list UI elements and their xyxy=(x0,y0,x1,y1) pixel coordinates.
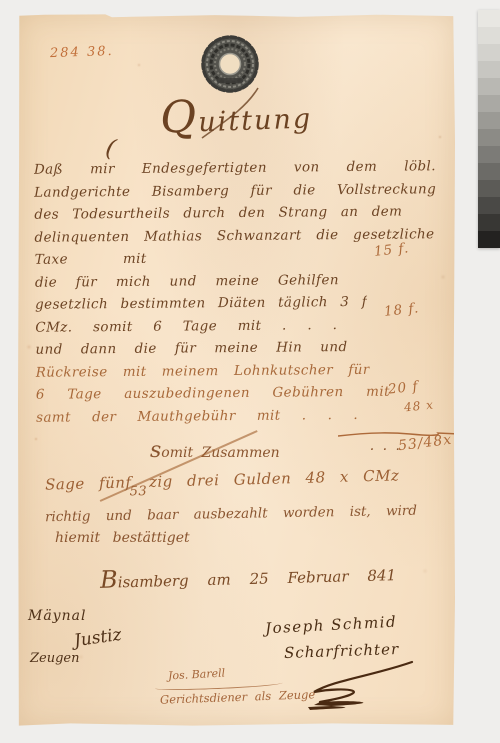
body-line: 6 Tage auszubedingenen Gebühren mit xyxy=(36,381,390,407)
body-line: CMz. somit 6 Tage mit . . . xyxy=(35,314,337,339)
sum-line: somit Zusammen . . . xyxy=(150,438,400,463)
gray-step xyxy=(478,129,500,146)
clerk-role-signature: Gerichtsdiener als Zeuge xyxy=(160,687,316,706)
document-title: Quittung xyxy=(135,87,337,145)
closing-line: richtig und baar ausbezahlt worden ist, … xyxy=(45,503,417,525)
body-line: des Todesurtheils durch den Strang an de… xyxy=(34,201,402,227)
witness-signature-flourish: Justiz xyxy=(73,625,123,651)
foxing-spots xyxy=(18,14,20,16)
body-line: gesetzlich bestimmten Diäten täglich 3 f xyxy=(35,291,367,316)
witness-role-label: Zeugen xyxy=(30,651,80,666)
body-line: die für mich und meine Gehilfen xyxy=(35,269,339,294)
closing-line: hiemit bestättiget xyxy=(55,530,190,546)
gray-step xyxy=(478,27,500,44)
sage-rest: zig drei Gulden 48 x CMz xyxy=(149,466,400,491)
gray-step xyxy=(478,95,500,112)
signer-name-signature: Joseph Schmid xyxy=(265,613,398,638)
gray-step xyxy=(478,214,500,231)
gray-step xyxy=(478,163,500,180)
amount-reise-gulden: 20 f xyxy=(387,378,419,397)
body-line: Daß mir Endesgefertigten von dem löbl. xyxy=(34,155,436,181)
body-line: Taxe mit xyxy=(35,248,147,271)
body-text-block: Daß mir Endesgefertigten von dem löbl. L… xyxy=(34,155,440,429)
witness-signature: Mäynal xyxy=(28,608,86,624)
gray-step xyxy=(478,231,500,248)
sage-prefix: Sage fünf xyxy=(45,473,132,493)
inline-correction: 53 xyxy=(129,484,147,499)
place-date-line: Bisamberg am 25 Februar 841 xyxy=(100,558,397,594)
gray-step xyxy=(478,146,500,163)
manuscript-paper: 284 38. Quittung ( Daß mir Endesgefertig… xyxy=(18,14,455,727)
gray-step xyxy=(478,180,500,197)
gray-step xyxy=(478,197,500,214)
clerk-signature: Jos. Barell xyxy=(168,667,226,683)
grayscale-calibration-strip xyxy=(478,10,500,248)
amount-in-words-line: Sage fünf53zig drei Gulden 48 x CMz xyxy=(45,466,400,493)
dot-leaders: . . . xyxy=(370,438,400,463)
body-line: Rückreise mit meinem Lohnkutscher für xyxy=(36,358,370,383)
gray-step xyxy=(478,78,500,95)
scanned-document-page: 284 38. Quittung ( Daß mir Endesgefertig… xyxy=(0,0,500,743)
body-line: samt der Mauthgebühr mit . . . xyxy=(36,403,358,428)
gray-step xyxy=(478,61,500,78)
sum-label: somit Zusammen xyxy=(150,438,280,463)
signature-flourish xyxy=(300,658,422,716)
gray-step xyxy=(478,10,500,27)
gray-step xyxy=(478,112,500,129)
gray-step xyxy=(478,44,500,61)
archive-number-annotation: 284 38. xyxy=(50,44,114,61)
body-line: und dann die für meine Hin und xyxy=(35,336,347,361)
